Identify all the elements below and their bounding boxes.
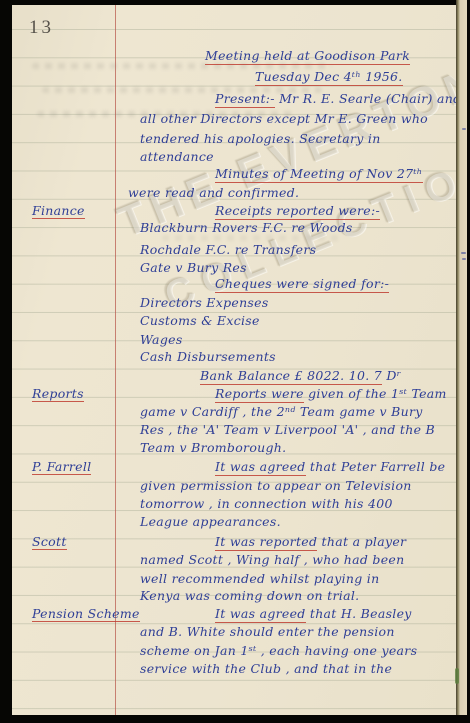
line-text: given permission to appear on Television <box>140 478 412 493</box>
cheque-row: Directors Expenses109. 14. 6 <box>12 294 456 311</box>
line-text: game v Cardiff , the 2ⁿᵈ Team game v Bur… <box>140 404 423 419</box>
ink-fragment <box>462 128 466 130</box>
line-text: Blackburn Rovers F.C. re Woods <box>140 220 353 235</box>
binding-mark <box>455 668 459 684</box>
scanned-minute-book-photo: 13 THE EVERTON COLLECTION Finance Report… <box>0 0 470 723</box>
underlined-text: Meeting held at Goodison Park <box>205 48 410 65</box>
line-text: named Scott , Wing half , who had been <box>140 552 404 567</box>
minutes-line: well recommended whilst playing in <box>12 570 456 587</box>
minutes-line: Meeting held at Goodison Park <box>12 47 456 64</box>
line-text: Kenya was coming down on trial. <box>140 588 359 603</box>
line-text: tomorrow , in connection with his 400 <box>140 496 393 511</box>
minutes-line: Res , the 'A' Team v Liverpool 'A' , and… <box>12 421 456 438</box>
underlined-text: Receipts reported were:- <box>215 203 380 220</box>
minutes-line: named Scott , Wing half , who had been <box>12 551 456 568</box>
minutes-line: Receipts reported were:- <box>12 202 456 219</box>
line-text: that a player <box>317 534 406 549</box>
line-text: Cash Disbursements <box>140 349 276 364</box>
line-text: were read and confirmed. <box>128 185 299 200</box>
line-text: given of the 1ˢᵗ Team <box>304 386 447 401</box>
line-text: Customs & Excise <box>140 313 260 328</box>
underlined-text: It was agreed <box>215 459 306 476</box>
line-text: League appearances. <box>140 514 281 529</box>
line-text: Dʳ <box>382 368 401 383</box>
minutes-line: Minutes of Meeting of Nov 27ᵗʰ <box>12 165 456 182</box>
minutes-line: Tuesday Dec 4ᵗʰ 1956. <box>12 68 456 85</box>
ink-fragment <box>462 258 466 260</box>
minutes-line: League appearances. <box>12 513 456 530</box>
underlined-text: Bank Balance £ 8022. 10. 7 <box>200 368 382 385</box>
line-text: Gate v Bury Res <box>140 260 247 275</box>
ledger-page: 13 THE EVERTON COLLECTION Finance Report… <box>12 5 456 715</box>
underlined-text: It was reported <box>215 534 317 551</box>
line-text: Team v Bromborough. <box>140 440 286 455</box>
underlined-text: Tuesday Dec 4ᵗʰ 1956. <box>255 69 403 86</box>
minutes-line: all other Directors except Mr E. Green w… <box>12 110 456 127</box>
line-text: all other Directors except Mr E. Green w… <box>140 111 428 126</box>
cheque-row: Customs & Excise1. 3. 2 <box>12 312 456 329</box>
line-text: well recommended whilst playing in <box>140 571 379 586</box>
underlined-text: Present:- <box>215 91 275 108</box>
minutes-line: Team v Bromborough. <box>12 439 456 456</box>
line-text: scheme on Jan 1ˢᵗ , each having one year… <box>140 643 417 658</box>
line-text: tendered his apologies. Secretary in <box>140 131 381 146</box>
minutes-line: given permission to appear on Television <box>12 477 456 494</box>
line-text: Rochdale F.C. re Transfers <box>140 242 316 257</box>
line-text: that H. Beasley <box>306 606 412 621</box>
minutes-line: attendance <box>12 148 456 165</box>
line-text: Mr R. E. Searle (Chair) and <box>275 91 456 106</box>
receipt-row: Gate v Bury Res87. 1. 9 <box>12 259 456 276</box>
minutes-line: It was reported that a player <box>12 533 456 550</box>
line-text: Res , the 'A' Team v Liverpool 'A' , and… <box>140 422 435 437</box>
line-text: that Peter Farrell be <box>306 459 446 474</box>
underlined-text: It was agreed <box>215 606 306 623</box>
bank-balance-line: Bank Balance £ 8022. 10. 7 Dʳ <box>12 367 456 384</box>
facing-page-edge <box>456 0 467 715</box>
page-number: 13 <box>29 17 54 39</box>
minutes-line: and B. White should enter the pension <box>12 623 456 640</box>
cheque-row: Wages765. 0. 7 <box>12 331 456 348</box>
minutes-line: were read and confirmed. <box>12 184 456 201</box>
underlined-text: Cheques were signed for:- <box>215 276 389 293</box>
minutes-line: It was agreed that H. Beasley <box>12 605 456 622</box>
minutes-line: Present:- Mr R. E. Searle (Chair) and <box>12 90 456 107</box>
minutes-line: scheme on Jan 1ˢᵗ , each having one year… <box>12 642 456 659</box>
minutes-line: tendered his apologies. Secretary in <box>12 130 456 147</box>
minutes-line: game v Cardiff , the 2ⁿᵈ Team game v Bur… <box>12 403 456 420</box>
minutes-line: It was agreed that Peter Farrell be <box>12 458 456 475</box>
line-text: Directors Expenses <box>140 295 269 310</box>
line-text: service with the Club , and that in the <box>140 661 392 676</box>
minutes-line: service with the Club , and that in the <box>12 660 456 677</box>
line-text: Wages <box>140 332 183 347</box>
receipt-row: Rochdale F.C. re Transfers500. 0. 0 <box>12 241 456 258</box>
cheque-row: Cash Disbursements248. 6. 3 <box>12 348 456 365</box>
underlined-text: Reports were <box>215 386 304 403</box>
line-text: attendance <box>140 149 214 164</box>
minutes-line: tomorrow , in connection with his 400 <box>12 495 456 512</box>
line-text: and B. White should enter the pension <box>140 624 395 639</box>
underlined-text: Minutes of Meeting of Nov 27ᵗʰ <box>215 166 423 183</box>
receipt-row: Blackburn Rovers F.C. re Woods2625. 0. 0 <box>12 219 456 236</box>
minutes-line: Kenya was coming down on trial. <box>12 587 456 604</box>
ink-fragment <box>461 252 466 254</box>
minutes-line: Cheques were signed for:- <box>12 275 456 292</box>
minutes-line: Reports were given of the 1ˢᵗ Team <box>12 385 456 402</box>
